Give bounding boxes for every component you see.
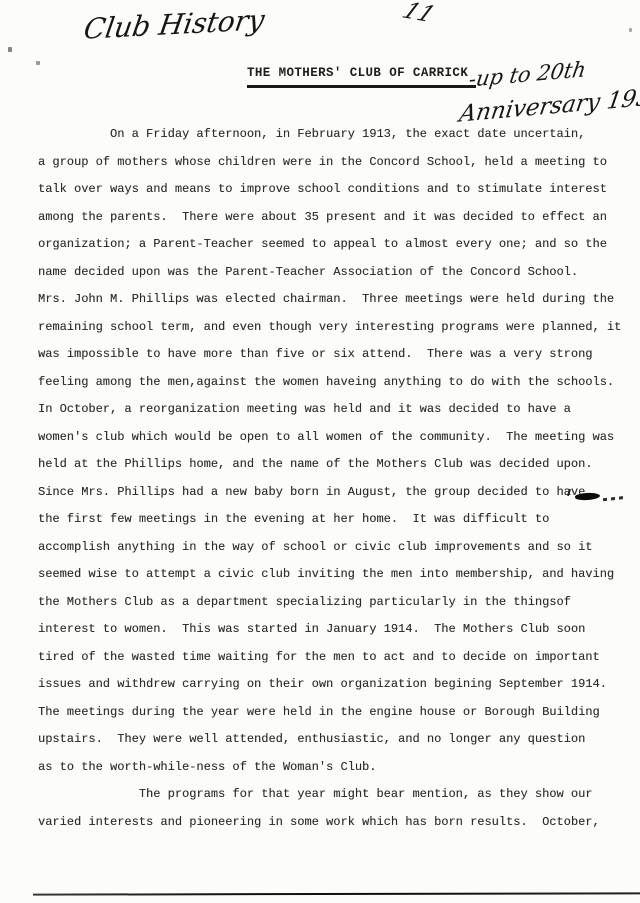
handwritten-page-number: 11 bbox=[398, 0, 440, 28]
typewritten-line: varied interests and pioneering in some … bbox=[38, 809, 633, 837]
ink-smudge-mark bbox=[568, 488, 630, 504]
typewritten-line: name decided upon was the Parent-Teacher… bbox=[38, 259, 633, 287]
scan-speck bbox=[629, 28, 632, 32]
document-title: THE MOTHERS' CLUB OF CARRICK bbox=[247, 66, 476, 88]
typewritten-line: tired of the wasted time waiting for the… bbox=[38, 644, 633, 672]
typewritten-line: seemed wise to attempt a civic club invi… bbox=[38, 561, 633, 589]
ink-smudge-tick bbox=[567, 489, 571, 496]
scan-speck bbox=[8, 47, 12, 52]
typewritten-line: remaining school term, and even though v… bbox=[38, 314, 633, 342]
page-edge-shadow bbox=[33, 892, 640, 895]
typewritten-line: The programs for that year might bear me… bbox=[38, 781, 633, 809]
typewritten-line: the Mothers Club as a department special… bbox=[38, 589, 633, 617]
ink-smudge-dashes bbox=[603, 496, 627, 501]
handwritten-club-history-note: Club History bbox=[81, 3, 266, 46]
typewritten-line: talk over ways and means to improve scho… bbox=[38, 176, 633, 204]
typewritten-line: organization; a Parent-Teacher seemed to… bbox=[38, 231, 633, 259]
typewritten-line: Mrs. John M. Phillips was elected chairm… bbox=[38, 286, 633, 314]
typewritten-line: The meetings during the year were held i… bbox=[38, 699, 633, 727]
typewritten-line: interest to women. This was started in J… bbox=[38, 616, 633, 644]
typewritten-line: accomplish anything in the way of school… bbox=[38, 534, 633, 562]
typewritten-line: held at the Phillips home, and the name … bbox=[38, 451, 633, 479]
typewritten-line: a group of mothers whose children were i… bbox=[38, 149, 633, 177]
typewritten-line: issues and withdrew carrying on their ow… bbox=[38, 671, 633, 699]
typewritten-line: Since Mrs. Phillips had a new baby born … bbox=[38, 479, 633, 507]
typewritten-line: the first few meetings in the evening at… bbox=[38, 506, 633, 534]
typewritten-line: On a Friday afternoon, in February 1913,… bbox=[38, 121, 633, 149]
typewritten-body: On a Friday afternoon, in February 1913,… bbox=[38, 121, 633, 836]
document-page: Club History 11 THE MOTHERS' CLUB OF CAR… bbox=[0, 0, 640, 903]
typewritten-line: In October, a reorganization meeting was… bbox=[38, 396, 633, 424]
scan-speck bbox=[36, 61, 40, 65]
ink-smudge-blob bbox=[575, 492, 600, 501]
typewritten-line: feeling among the men,against the women … bbox=[38, 369, 633, 397]
typewritten-line: was impossible to have more than five or… bbox=[38, 341, 633, 369]
typewritten-line: women's club which would be open to all … bbox=[38, 424, 633, 452]
typewritten-line: as to the worth-while-ness of the Woman'… bbox=[38, 754, 633, 782]
typewritten-line: among the parents. There were about 35 p… bbox=[38, 204, 633, 232]
typewritten-line: upstairs. They were well attended, enthu… bbox=[38, 726, 633, 754]
handwritten-anniversary-note: -up to 20th Anniversary 1933 bbox=[461, 45, 640, 132]
